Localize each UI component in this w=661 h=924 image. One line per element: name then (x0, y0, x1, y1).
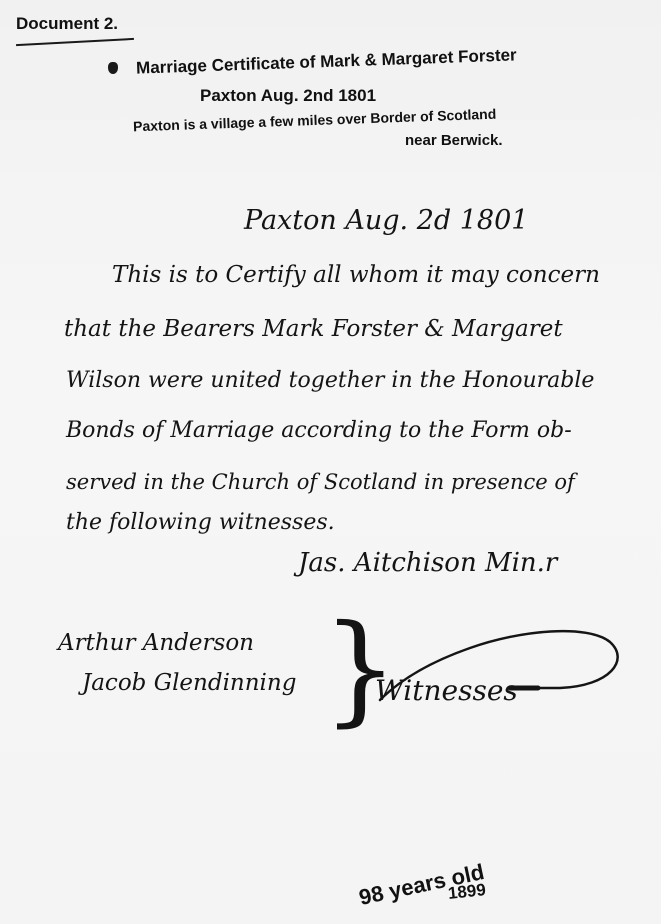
document-page: Document 2. Marriage Certificate of Mark… (0, 0, 661, 924)
witness-name-2: Jacob Glendinning (82, 670, 296, 696)
certificate-heading: Paxton Aug. 2d 1801 (244, 205, 528, 236)
annotation-place-date: Paxton Aug. 2nd 1801 (200, 86, 376, 106)
minister-signature: Jas. Aitchison Min.r (298, 548, 557, 578)
witnesses-flourish-icon (360, 620, 630, 710)
certificate-line-1: This is to Certify all whom it may conce… (112, 262, 600, 288)
document-label: Document 2. (16, 14, 118, 34)
certificate-line-6: the following witnesses. (66, 510, 335, 535)
annotation-title: Marriage Certificate of Mark & Margaret … (136, 45, 517, 78)
certificate-line-2: that the Bearers Mark Forster & Margaret (64, 316, 563, 342)
footer-year-note: 1899 (447, 880, 487, 904)
annotation-note-line2: near Berwick. (405, 132, 503, 149)
annotation-note-line1: Paxton is a village a few miles over Bor… (133, 106, 497, 135)
bullet-mark-icon (108, 62, 118, 74)
document-label-underline (16, 38, 134, 46)
certificate-line-3: Wilson were united together in the Honou… (66, 368, 594, 393)
certificate-line-5: served in the Church of Scotland in pres… (66, 470, 575, 494)
certificate-line-4: Bonds of Marriage according to the Form … (66, 418, 572, 443)
witness-name-1: Arthur Anderson (58, 630, 254, 656)
